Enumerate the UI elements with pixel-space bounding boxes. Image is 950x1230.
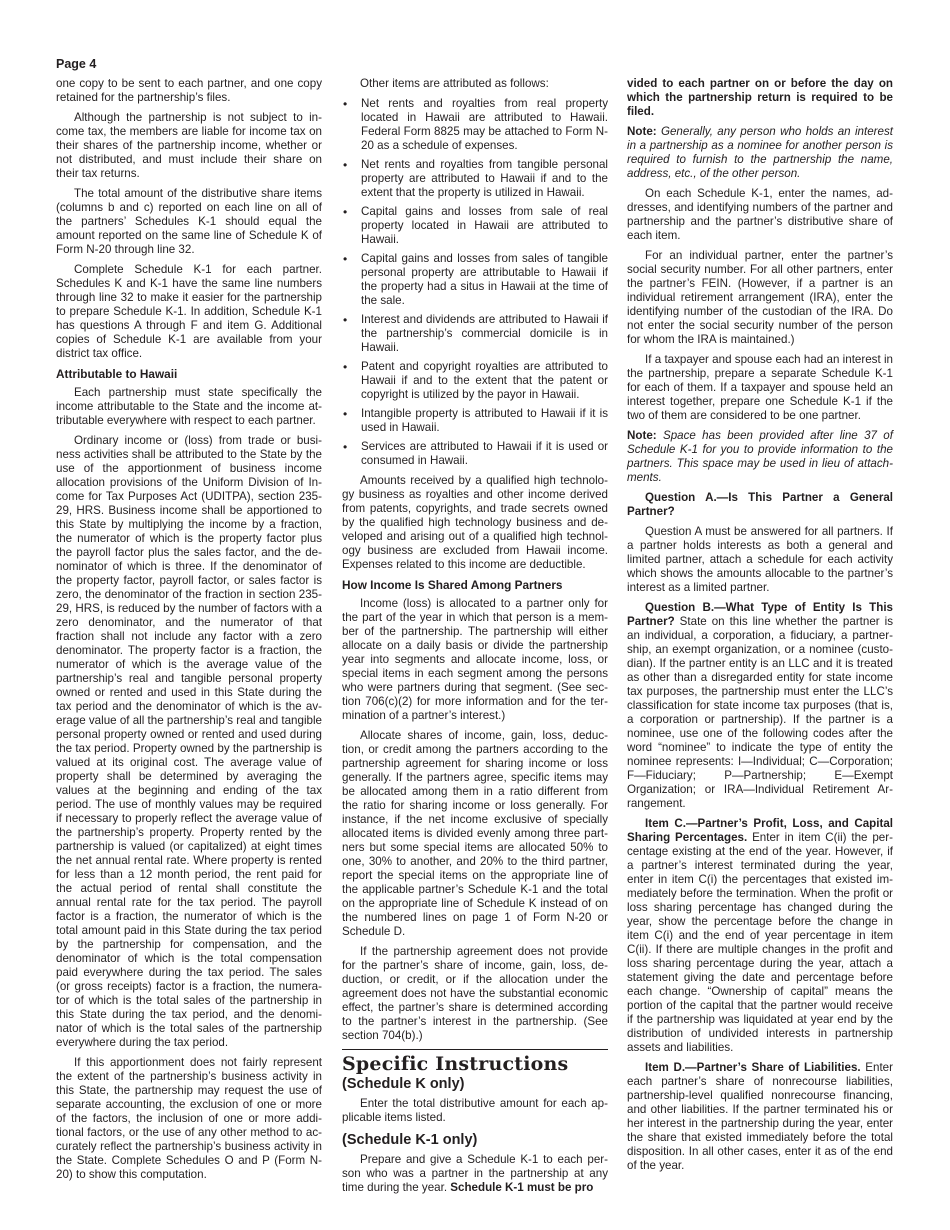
item-c-text: Enter in item C(ii) the per­centage exis… <box>627 831 893 1054</box>
column-3: vided to each partner on or before the d… <box>627 77 893 1179</box>
section-divider <box>342 1049 608 1050</box>
paragraph-taxpayer-spouse: If a taxpayer and spouse each had an int… <box>627 353 893 423</box>
paragraph-allocate-shares: Allocate shares of income, gain, loss, d… <box>342 729 608 939</box>
paragraph-schedule-k: Enter the total distributive amount for … <box>342 1097 608 1125</box>
note-text: Generally, any person who holds an inter… <box>627 125 893 180</box>
note-label: Note: <box>627 429 663 442</box>
list-item: Capital gains and losses from sale of re… <box>342 205 608 247</box>
schedule-k1-bold-text: Schedule K-1 must be pro­ <box>450 1181 593 1194</box>
paragraph-apportionment: Ordinary income or (loss) from trade or … <box>56 434 322 1050</box>
paragraph-high-tech: Amounts received by a qualified high tec… <box>342 474 608 572</box>
list-item: Net rents and royalties from real proper… <box>342 97 608 153</box>
paragraph-state-income: Each partnership must state specifically… <box>56 386 322 428</box>
paragraph-liability: Although the partnership is not subject … <box>56 111 322 181</box>
paragraph-item-c: Item C.—Partner’s Profit, Loss, and Capi… <box>627 817 893 1055</box>
heading-schedule-k-only: (Schedule K only) <box>342 1075 608 1094</box>
paragraph-income-allocated: Income (loss) is allocated to a partner … <box>342 597 608 723</box>
question-a-title: Question A.—Is This Partner a General Pa… <box>627 491 893 518</box>
list-item: Capital gains and losses from sales of t… <box>342 252 608 308</box>
column-2: Other items are attributed as follows: N… <box>342 77 608 1201</box>
paragraph-provided-continued: vided to each partner on or before the d… <box>627 77 893 119</box>
paragraph-partnership-agreement: If the partnership agreement does not pr… <box>342 945 608 1043</box>
list-item: Net rents and royalties from tangible pe… <box>342 158 608 200</box>
list-item: Patent and copyright royalties are attri… <box>342 360 608 402</box>
list-item: Services are attributed to Hawaii if it … <box>342 440 608 468</box>
list-item: Interest and dividends are attributed to… <box>342 313 608 355</box>
heading-income-shared: How Income Is Shared Among Partners <box>342 578 608 592</box>
paragraph-each-k1: On each Schedule K-1, enter the names, a… <box>627 187 893 243</box>
paragraph-separate-accounting: If this apportionment does not fairly re… <box>56 1056 322 1182</box>
paragraph-question-a: Question A must be answered for all part… <box>627 525 893 595</box>
question-b-text: State on this line whether the partner i… <box>627 615 893 810</box>
paragraph-copies: one copy to be sent to each partner, and… <box>56 77 322 105</box>
paragraph-individual-partner: For an individual partner, enter the par… <box>627 249 893 347</box>
item-d-title: Item D.—Partner’s Share of Liabilities. <box>645 1061 861 1074</box>
paragraph-distributive-share: The total amount of the distributive sha… <box>56 187 322 257</box>
paragraph-item-d: Item D.—Partner’s Share of Liabilities. … <box>627 1061 893 1173</box>
list-item: Intangible property is attributed to Haw… <box>342 407 608 435</box>
note-space-provided: Note: Space has been provided after line… <box>627 429 893 485</box>
note-text: Space has been provided after line 37 of… <box>627 429 893 484</box>
heading-question-a: Question A.—Is This Partner a General Pa… <box>627 491 893 519</box>
heading-specific-instructions: Specific Instructions <box>342 1053 608 1075</box>
item-d-text: En­ter each partner’s share of nonrecour… <box>627 1061 893 1172</box>
paragraph-complete-k1: Complete Schedule K-1 for each partner. … <box>56 263 322 361</box>
heading-schedule-k1-only: (Schedule K-1 only) <box>342 1131 608 1150</box>
paragraph-other-items: Other items are attributed as follows: <box>342 77 608 91</box>
note-nominee: Note: Generally, any person who holds an… <box>627 125 893 181</box>
paragraph-schedule-k1: Prepare and give a Schedule K-1 to each … <box>342 1153 608 1195</box>
paragraph-question-b: Question B.—What Type of Entity Is This … <box>627 601 893 811</box>
note-label: Note: <box>627 125 661 138</box>
page-number: Page 4 <box>56 57 96 71</box>
bold-continuation: vided to each partner on or before the d… <box>627 77 893 118</box>
heading-attributable-to-hawaii: Attributable to Hawaii <box>56 367 322 381</box>
attribution-list: Net rents and royalties from real proper… <box>342 97 608 468</box>
column-1: one copy to be sent to each partner, and… <box>56 77 322 1188</box>
